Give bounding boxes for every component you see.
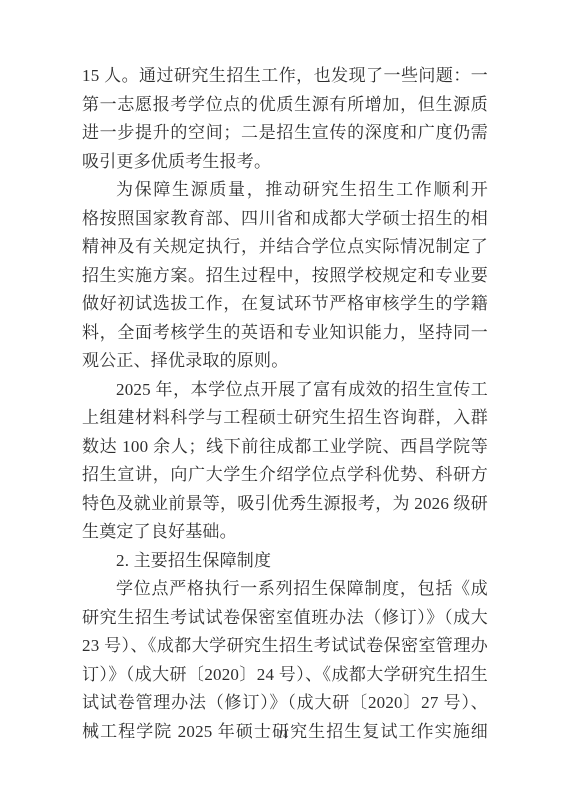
text-line: 学位点严格执行一系列招生保障制度，包括《成都大学 <box>82 575 488 604</box>
text-line: 格按照国家教育部、四川省和成都大学硕士招生的相关文件 <box>82 205 488 234</box>
text-line: 生奠定了良好基础。 <box>82 518 488 547</box>
section-heading: 2. 主要招生保障制度 <box>82 547 488 576</box>
text-line: 23 号）、《成都大学研究生招生考试试卷保密室管理办法（修 <box>82 632 488 661</box>
page-number: 14 <box>0 730 566 741</box>
text-line: 做好初试选拔工作，在复试环节严格审核学生的学籍档案材 <box>82 290 488 319</box>
text-line: 上组建材料科学与工程硕士研究生招生咨询群，入群咨询人 <box>82 404 488 433</box>
text-line: 观公正、择优录取的原则。 <box>82 347 488 376</box>
text-line: 数达 100 余人；线下前往成都工业学院、西昌学院等高校进行 <box>82 433 488 462</box>
text-line: 进一步提升的空间；二是招生宣传的深度和广度仍需拓展，以 <box>82 119 488 148</box>
text-line: 招生宣讲，向广大学生介绍学位点学科优势、科研方向、培养 <box>82 461 488 490</box>
text-line: 研究生招生考试试卷保密室值班办法（修订）》（成大研〔2020〕 <box>82 604 488 633</box>
text-line: 试试卷管理办法（修订）》（成大研〔2020〕27 号）、《机 <box>82 689 488 718</box>
text-line: 招生实施方案。招生过程中，按照学校规定和专业要求，认真 <box>82 262 488 291</box>
text-line: 料，全面考核学生的英语和专业知识能力，坚持同一标准、客 <box>82 319 488 348</box>
document-page: 15 人。通过研究生招生工作，也发现了一些问题：一是考生第一志愿报考学位点的优质… <box>0 0 566 800</box>
text-line: 特色及就业前景等，吸引优秀生源报考，为 2026 级研究生招 <box>82 490 488 519</box>
text-line: 15 人。通过研究生招生工作，也发现了一些问题：一是考生 <box>82 62 488 91</box>
text-line: 订）》（成大研〔2020〕24 号）、《成都大学研究生招生考 <box>82 661 488 690</box>
text-line: 吸引更多优质考生报考。 <box>82 148 488 177</box>
text-line: 精神及有关规定执行，并结合学位点实际情况制定了相应的 <box>82 233 488 262</box>
text-line: 第一志愿报考学位点的优质生源有所增加，但生源质量仍有 <box>82 91 488 120</box>
document-body: 15 人。通过研究生招生工作，也发现了一些问题：一是考生第一志愿报考学位点的优质… <box>82 62 488 746</box>
text-line: 为保障生源质量，推动研究生招生工作顺利开展，学院严 <box>82 176 488 205</box>
text-line: 2025 年，本学位点开展了富有成效的招生宣传工作。线 <box>82 376 488 405</box>
